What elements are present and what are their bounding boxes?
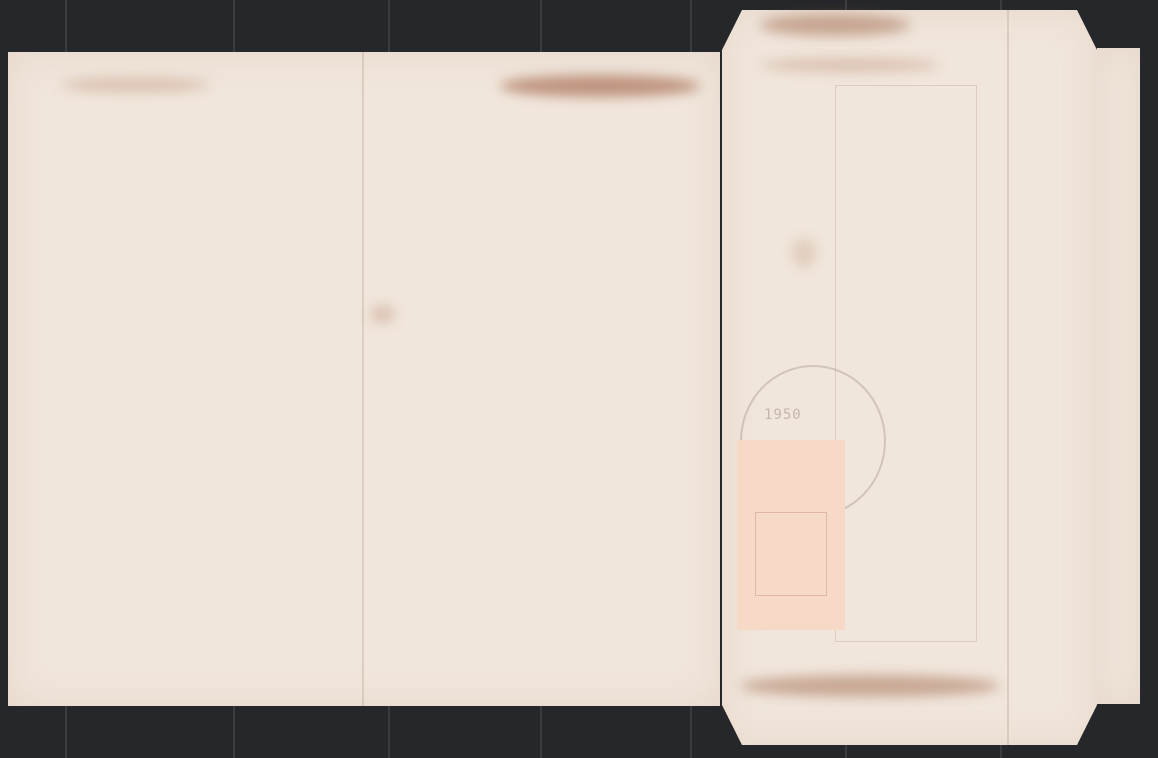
stamp-frame bbox=[755, 512, 827, 596]
sheet-main-panel bbox=[8, 52, 720, 706]
fold-line bbox=[1007, 10, 1009, 745]
postmark-date: 1950 bbox=[764, 407, 802, 423]
stain bbox=[60, 78, 210, 92]
stain bbox=[500, 75, 700, 97]
stain bbox=[792, 238, 816, 268]
address-frame bbox=[835, 85, 977, 642]
stain bbox=[760, 58, 940, 72]
stain bbox=[740, 675, 1000, 697]
stain bbox=[760, 14, 910, 36]
fold-line bbox=[362, 52, 364, 706]
sheet-edge-strip bbox=[1097, 48, 1140, 704]
stain bbox=[370, 305, 395, 323]
imprinted-stamp bbox=[737, 440, 845, 630]
